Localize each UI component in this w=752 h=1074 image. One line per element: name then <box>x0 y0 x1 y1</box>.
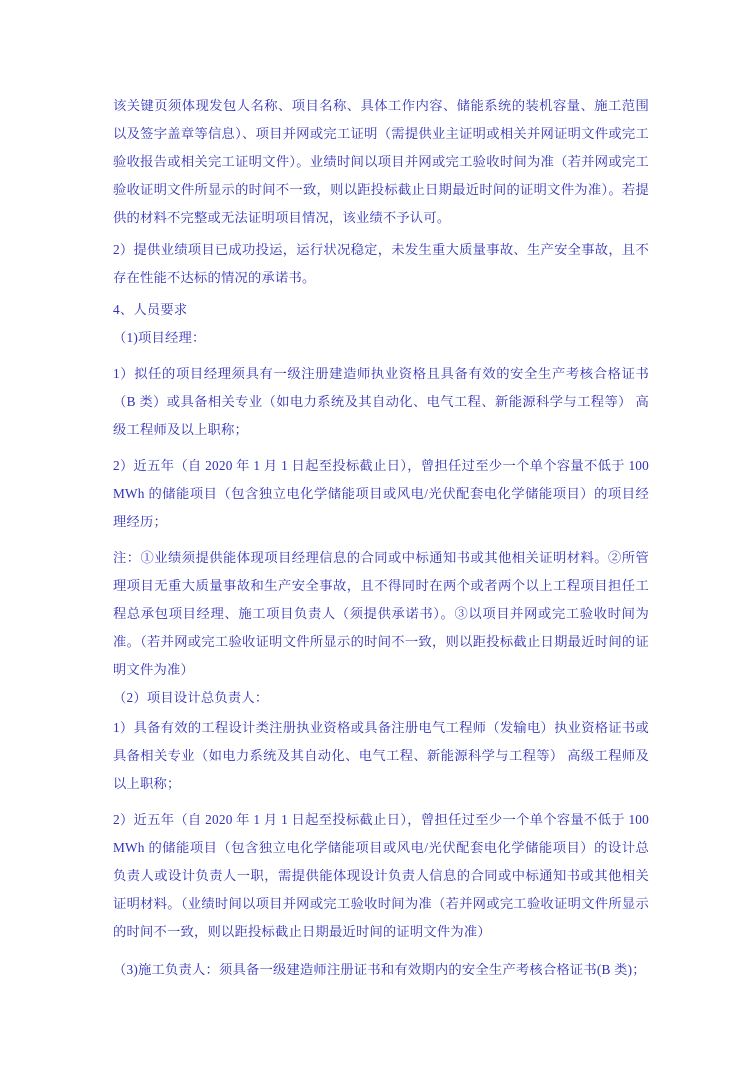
paragraph: 1）具备有效的工程设计类注册执业资格或具备注册电气工程师（发输电）执业资格证书或… <box>113 714 649 798</box>
paragraph: 2）近五年（自 2020 年 1 月 1 日起至投标截止日），曾担任过至少一个单… <box>113 806 649 946</box>
paragraph: 1）拟任的项目经理须具有一级注册建造师执业资格且具备有效的安全生产考核合格证书（… <box>113 360 649 444</box>
document-page: 该关键页须体现发包人名称、项目名称、具体工作内容、储能系统的装机容量、施工范围以… <box>0 0 752 1074</box>
paragraph: 4、人员要求 <box>113 296 649 324</box>
paragraph: （3)施工负责人：须具备一级建造师注册证书和有效期内的安全生产考核合格证书(B … <box>113 956 649 984</box>
paragraph: （1)项目经理： <box>113 324 649 352</box>
paragraph: 2）近五年（自 2020 年 1 月 1 日起至投标截止日），曾担任过至少一个单… <box>113 452 649 536</box>
paragraph: 2）提供业绩项目已成功投运，运行状况稳定，未发生重大质量事故、生产安全事故，且不… <box>113 236 649 292</box>
paragraph: （2）项目设计总负责人： <box>113 684 649 712</box>
document-body: 该关键页须体现发包人名称、项目名称、具体工作内容、储能系统的装机容量、施工范围以… <box>113 92 649 984</box>
paragraph: 该关键页须体现发包人名称、项目名称、具体工作内容、储能系统的装机容量、施工范围以… <box>113 92 649 232</box>
paragraph: 注：①业绩须提供能体现项目经理信息的合同或中标通知书或其他相关证明材料。②所管理… <box>113 544 649 684</box>
